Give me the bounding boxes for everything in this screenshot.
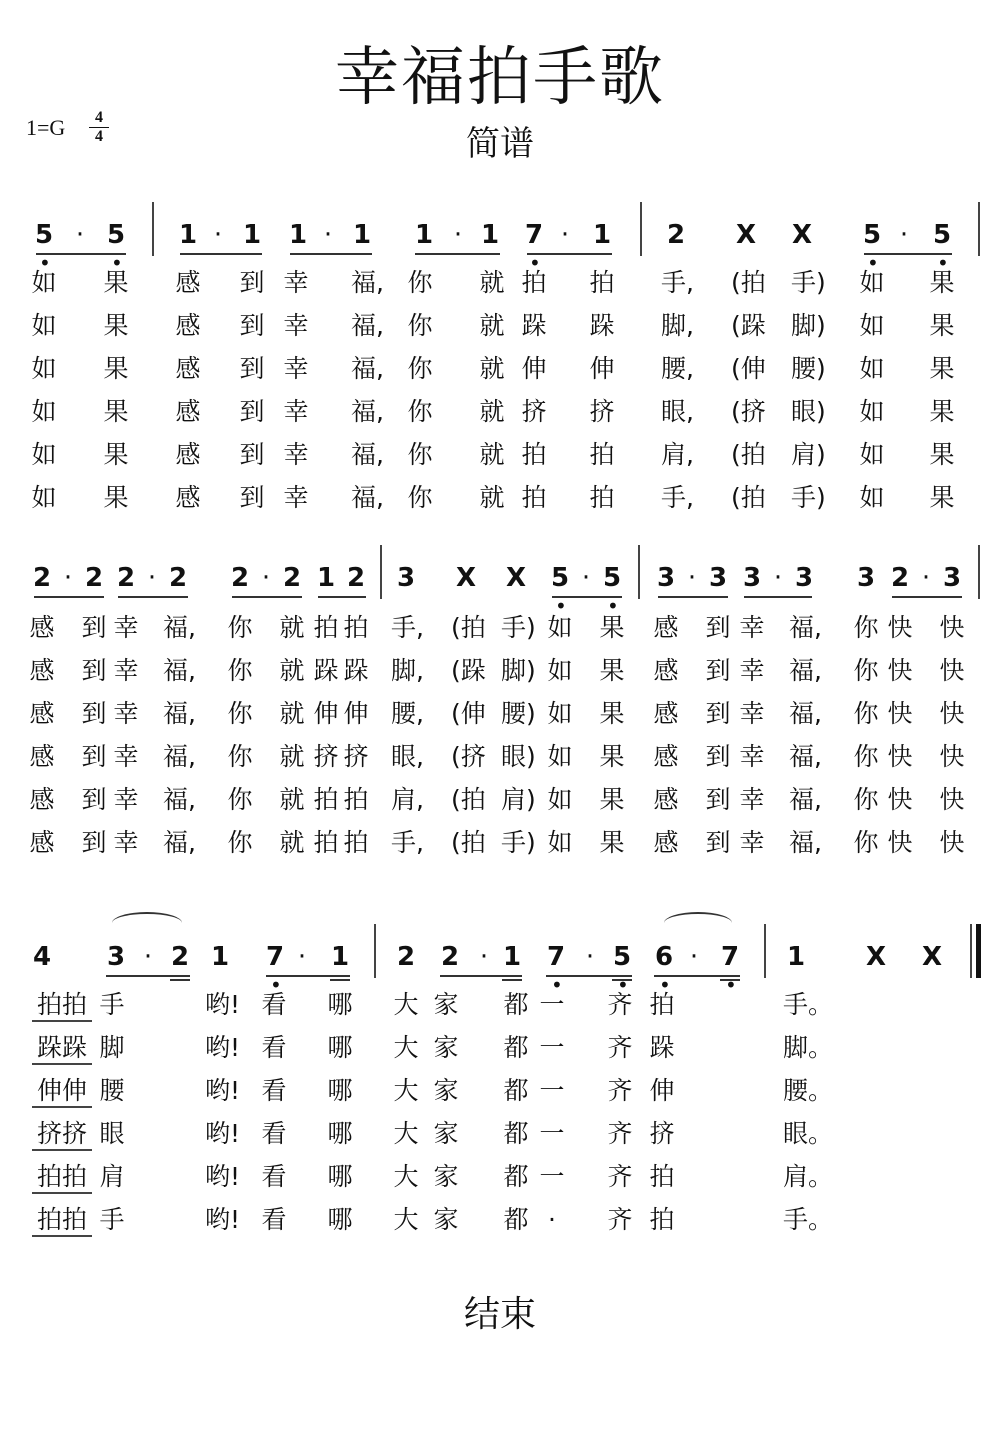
beam-underline (658, 596, 728, 598)
lyric-syllable: 大 (391, 1205, 421, 1235)
note: 1 (209, 942, 231, 972)
time-signature-top: 4 (89, 110, 109, 126)
lyric-syllable: 果 (597, 828, 627, 858)
lyric-syllable: 感 (27, 742, 57, 772)
lyric-syllable: 果 (927, 440, 957, 470)
lyric-syllable: 拍 (587, 268, 617, 298)
lyric-syllable: 幸 (737, 699, 767, 729)
lyric-syllable: 福, (163, 656, 193, 686)
lyric-syllable: 快 (885, 828, 915, 858)
lyric-syllable: 如 (29, 311, 59, 341)
lyric-syllable: 跺 (341, 656, 371, 686)
lyric-syllable: 幸 (281, 483, 311, 513)
beam-double-underline (170, 979, 190, 981)
lyric-syllable: 福, (163, 828, 193, 858)
lyric-syllable: 拍 (647, 990, 677, 1020)
lyric-syllable: 快 (937, 699, 967, 729)
barline (978, 202, 980, 256)
lyric-syllable: 感 (651, 785, 681, 815)
lyric-syllable: 幸 (737, 828, 767, 858)
lyric-syllable: 跺 (587, 311, 617, 341)
note: 3 (793, 563, 815, 593)
lyric-syllable: 大 (391, 1076, 421, 1106)
note: 3 (941, 563, 963, 593)
lyric-syllable: 快 (937, 828, 967, 858)
lyric-syllable: 手) (791, 483, 821, 513)
note: 1 (785, 942, 807, 972)
lyric-syllable: 快 (937, 785, 967, 815)
lyric-syllable: 到 (79, 656, 109, 686)
lyric-syllable: 快 (885, 785, 915, 815)
lyric-syllable: (挤 (731, 397, 761, 427)
low-octave-dot-icon: • (937, 258, 947, 268)
lyric-syllable: 你 (405, 268, 435, 298)
lyric-syllable: 拍 (311, 828, 341, 858)
lyric-syllable: 感 (651, 742, 681, 772)
lyric-syllable: 拍 (341, 613, 371, 643)
lyric-syllable: 到 (237, 440, 267, 470)
note: 3 (707, 563, 729, 593)
lyric-syllable: 幸 (111, 656, 141, 686)
lyric-syllable: (拍 (451, 613, 481, 643)
beam-underline (415, 253, 500, 255)
lyric-syllable: 到 (79, 785, 109, 815)
lyric-syllable: 福, (163, 699, 193, 729)
lyric-syllable: 果 (597, 613, 627, 643)
note: X (455, 563, 477, 593)
lyric-syllable: 如 (545, 785, 575, 815)
lyric-syllable: 你 (225, 656, 255, 686)
note: 2 (31, 563, 53, 593)
augmentation-dot: · (767, 563, 789, 593)
lyric-syllable: 幸 (111, 785, 141, 815)
lyric-syllable: 手。 (783, 1205, 813, 1235)
subtitle: 简谱 (0, 122, 1000, 166)
barline (152, 202, 154, 256)
lyric-syllable: 拍 (587, 440, 617, 470)
lyric-syllable: 你 (405, 440, 435, 470)
note: 2 (439, 942, 461, 972)
note: 5 (611, 942, 633, 972)
beam-underline (266, 975, 350, 977)
lyric-syllable: 眼 (97, 1119, 127, 1149)
lyric-syllable: 挤挤 (32, 1119, 92, 1151)
lyric-syllable: 就 (277, 613, 307, 643)
lyric-syllable: 果 (927, 397, 957, 427)
lyric-syllable: (拍 (451, 785, 481, 815)
lyric-syllable: 家 (431, 1076, 461, 1106)
lyric-syllable: 果 (597, 785, 627, 815)
lyric-syllable: 脚 (97, 1033, 127, 1063)
lyric-syllable: · (537, 1205, 567, 1235)
lyric-syllable: 福, (789, 699, 819, 729)
lyric-syllable: 手。 (783, 990, 813, 1020)
lyric-syllable: 如 (857, 483, 887, 513)
note: 1 (479, 220, 501, 250)
lyric-syllable: 你 (851, 828, 881, 858)
lyric-syllable: 到 (237, 354, 267, 384)
lyric-syllable: 福, (163, 785, 193, 815)
lyric-syllable: 快 (885, 613, 915, 643)
lyric-syllable: 大 (391, 1033, 421, 1063)
lyric-syllable: 挤 (647, 1119, 677, 1149)
lyric-syllable: 就 (277, 742, 307, 772)
lyric-syllable: 肩, (661, 440, 691, 470)
lyric-syllable: 伸伸 (32, 1076, 92, 1108)
lyric-syllable: 就 (277, 785, 307, 815)
lyric-syllable: 感 (173, 268, 203, 298)
lyric-syllable: 到 (237, 397, 267, 427)
lyric-syllable: 腰) (501, 699, 531, 729)
lyric-syllable: 果 (597, 699, 627, 729)
lyric-syllable: 福, (351, 440, 381, 470)
lyric-syllable: 福, (789, 828, 819, 858)
lyric-syllable: 一 (537, 1119, 567, 1149)
lyric-syllable: 齐 (605, 1076, 635, 1106)
lyric-syllable: 幸 (111, 699, 141, 729)
lyric-syllable: 脚) (501, 656, 531, 686)
note: 2 (167, 563, 189, 593)
note: 1 (351, 220, 373, 250)
lyric-syllable: 快 (885, 699, 915, 729)
lyric-syllable: 肩) (791, 440, 821, 470)
beam-underline (892, 596, 962, 598)
lyric-syllable: 到 (79, 699, 109, 729)
lyric-syllable: 你 (851, 742, 881, 772)
low-octave-dot-icon: • (867, 258, 877, 268)
lyric-syllable: 手, (391, 828, 421, 858)
lyric-syllable: 幸 (281, 311, 311, 341)
lyric-syllable: 腰 (97, 1076, 127, 1106)
lyric-syllable: 到 (237, 483, 267, 513)
lyric-syllable: 果 (927, 483, 957, 513)
beam-underline (180, 253, 262, 255)
lyric-syllable: 如 (29, 483, 59, 513)
end-label: 结束 (0, 1290, 1000, 1340)
lyric-syllable: 你 (851, 699, 881, 729)
beam-underline (527, 253, 612, 255)
note: 3 (655, 563, 677, 593)
lyric-syllable: 你 (405, 311, 435, 341)
lyric-syllable: 果 (597, 656, 627, 686)
lyric-syllable: 肩 (97, 1162, 127, 1192)
beam-underline (546, 975, 632, 977)
lyric-syllable: 就 (477, 397, 507, 427)
lyric-syllable: 就 (277, 699, 307, 729)
lyric-syllable: 眼, (661, 397, 691, 427)
lyric-syllable: (跺 (451, 656, 481, 686)
lyric-syllable: 眼。 (783, 1119, 813, 1149)
lyric-syllable: 眼) (791, 397, 821, 427)
lyric-syllable: 你 (405, 397, 435, 427)
lyric-syllable: 腰, (391, 699, 421, 729)
lyric-syllable: 眼, (391, 742, 421, 772)
lyric-syllable: 感 (173, 483, 203, 513)
beam-double-underline (720, 979, 740, 981)
lyric-syllable: 哪 (325, 1162, 355, 1192)
augmentation-dot: · (207, 220, 229, 250)
key-signature: 1=G (26, 113, 65, 143)
slur-icon (112, 912, 182, 934)
lyric-syllable: 哟! (205, 990, 235, 1020)
lyric-syllable: (拍 (731, 440, 761, 470)
lyric-syllable: 幸 (737, 785, 767, 815)
lyric-syllable: 到 (703, 785, 733, 815)
beam-underline (552, 596, 622, 598)
lyric-syllable: 都 (501, 1205, 531, 1235)
lyric-syllable: 如 (857, 268, 887, 298)
lyric-syllable: 腰, (661, 354, 691, 384)
time-signature: 4 4 (89, 110, 109, 145)
lyric-syllable: 眼) (501, 742, 531, 772)
note: 1 (501, 942, 523, 972)
lyric-syllable: 跺 (311, 656, 341, 686)
lyric-syllable: 感 (651, 828, 681, 858)
beam-underline (106, 975, 190, 977)
lyric-syllable: 都 (501, 990, 531, 1020)
time-signature-bottom: 4 (89, 129, 109, 145)
lyric-syllable: 齐 (605, 1033, 635, 1063)
lyric-syllable: 一 (537, 1076, 567, 1106)
lyric-syllable: 哟! (205, 1205, 235, 1235)
lyric-syllable: 果 (101, 440, 131, 470)
note: 1 (413, 220, 435, 250)
lyric-syllable: 你 (225, 699, 255, 729)
lyric-syllable: 拍 (519, 440, 549, 470)
lyric-syllable: 就 (477, 311, 507, 341)
lyric-syllable: 幸 (737, 742, 767, 772)
lyric-syllable: 拍 (587, 483, 617, 513)
barline (374, 924, 376, 978)
lyric-syllable: 伸 (341, 699, 371, 729)
beam-double-underline (330, 979, 350, 981)
beam-underline (864, 253, 952, 255)
beam-underline (34, 596, 104, 598)
lyric-syllable: 看 (259, 990, 289, 1020)
lyric-syllable: 看 (259, 1033, 289, 1063)
low-octave-dot-icon: • (270, 980, 280, 990)
lyric-syllable: 大 (391, 990, 421, 1020)
lyric-syllable: 哪 (325, 1076, 355, 1106)
lyric-syllable: 感 (651, 613, 681, 643)
note: 1 (287, 220, 309, 250)
note: 2 (889, 563, 911, 593)
low-octave-dot-icon: • (111, 258, 121, 268)
lyric-syllable: 跺跺 (32, 1033, 92, 1065)
note: 2 (345, 563, 367, 593)
low-octave-dot-icon: • (529, 258, 539, 268)
lyric-syllable: 齐 (605, 1205, 635, 1235)
note: 5 (601, 563, 623, 593)
lyric-syllable: (挤 (451, 742, 481, 772)
slur-icon (664, 912, 732, 934)
lyric-syllable: 手 (97, 990, 127, 1020)
lyric-syllable: 你 (405, 483, 435, 513)
lyric-syllable: 就 (277, 828, 307, 858)
lyric-syllable: 快 (885, 742, 915, 772)
note: X (505, 563, 527, 593)
lyric-syllable: (拍 (731, 268, 761, 298)
augmentation-dot: · (473, 942, 495, 972)
barline (380, 545, 382, 599)
note: 5 (33, 220, 55, 250)
lyric-syllable: 齐 (605, 1162, 635, 1192)
lyric-syllable: 挤 (311, 742, 341, 772)
lyric-syllable: 伸 (647, 1076, 677, 1106)
lyric-syllable: 都 (501, 1033, 531, 1063)
lyric-syllable: 拍 (311, 785, 341, 815)
lyric-syllable: 如 (545, 656, 575, 686)
lyric-syllable: 感 (27, 785, 57, 815)
lyric-syllable: 挤 (587, 397, 617, 427)
lyric-syllable: 感 (27, 613, 57, 643)
low-octave-dot-icon: • (551, 980, 561, 990)
note: 3 (395, 563, 417, 593)
lyric-syllable: 果 (101, 268, 131, 298)
lyric-syllable: 都 (501, 1119, 531, 1149)
lyric-syllable: 家 (431, 1162, 461, 1192)
lyric-syllable: 看 (259, 1119, 289, 1149)
augmentation-dot: · (137, 942, 159, 972)
lyric-syllable: 拍 (519, 483, 549, 513)
note: 5 (549, 563, 571, 593)
note: 7 (545, 942, 567, 972)
beam-double-underline (502, 979, 522, 981)
note: 1 (329, 942, 351, 972)
final-barline-thin (970, 924, 972, 978)
note: 6 (653, 942, 675, 972)
note: 7 (719, 942, 741, 972)
lyric-syllable: (伸 (731, 354, 761, 384)
lyric-syllable: 到 (703, 656, 733, 686)
lyric-syllable: 脚) (791, 311, 821, 341)
augmentation-dot: · (69, 220, 91, 250)
note: X (735, 220, 757, 250)
lyric-syllable: 感 (173, 440, 203, 470)
augmentation-dot: · (57, 563, 79, 593)
lyric-syllable: 快 (885, 656, 915, 686)
lyric-syllable: 都 (501, 1162, 531, 1192)
lyric-syllable: 就 (477, 483, 507, 513)
lyric-syllable: 手, (661, 268, 691, 298)
barline (764, 924, 766, 978)
lyric-syllable: 大 (391, 1162, 421, 1192)
lyric-syllable: 就 (477, 268, 507, 298)
lyric-syllable: 感 (173, 397, 203, 427)
note: 4 (31, 942, 53, 972)
low-octave-dot-icon: • (607, 601, 617, 611)
lyric-syllable: 手) (791, 268, 821, 298)
low-octave-dot-icon: • (725, 980, 735, 990)
lyric-syllable: 到 (237, 268, 267, 298)
beam-underline (318, 596, 366, 598)
note: 3 (105, 942, 127, 972)
note: 5 (105, 220, 127, 250)
lyric-syllable: 你 (225, 613, 255, 643)
lyric-syllable: 如 (29, 268, 59, 298)
note: 5 (931, 220, 953, 250)
lyric-syllable: 感 (173, 311, 203, 341)
augmentation-dot: · (554, 220, 576, 250)
lyric-syllable: 如 (857, 440, 887, 470)
lyric-syllable: 你 (225, 828, 255, 858)
lyric-syllable: 果 (927, 311, 957, 341)
lyric-syllable: 福, (163, 742, 193, 772)
lyric-syllable: 到 (79, 828, 109, 858)
note: 3 (855, 563, 877, 593)
lyric-syllable: (拍 (731, 483, 761, 513)
lyric-syllable: 拍 (519, 268, 549, 298)
augmentation-dot: · (317, 220, 339, 250)
lyric-syllable: 哟! (205, 1033, 235, 1063)
lyric-syllable: 你 (225, 785, 255, 815)
lyric-syllable: (伸 (451, 699, 481, 729)
beam-underline (654, 975, 740, 977)
lyric-syllable: 幸 (737, 613, 767, 643)
lyric-syllable: 拍 (647, 1162, 677, 1192)
lyric-syllable: 手, (661, 483, 691, 513)
lyric-syllable: 脚, (661, 311, 691, 341)
beam-underline (36, 253, 126, 255)
note: 1 (241, 220, 263, 250)
lyric-syllable: 拍 (341, 785, 371, 815)
lyric-syllable: 如 (545, 699, 575, 729)
barline (638, 545, 640, 599)
beam-underline (290, 253, 372, 255)
lyric-syllable: 福, (351, 483, 381, 513)
lyric-syllable: 幸 (281, 268, 311, 298)
note: 2 (83, 563, 105, 593)
note: X (865, 942, 887, 972)
lyric-syllable: 如 (857, 397, 887, 427)
lyric-syllable: 拍 (341, 828, 371, 858)
lyric-syllable: 如 (545, 828, 575, 858)
lyric-syllable: 果 (101, 397, 131, 427)
lyric-syllable: 跺 (519, 311, 549, 341)
beam-underline (440, 975, 522, 977)
lyric-syllable: 肩。 (783, 1162, 813, 1192)
lyric-syllable: 哪 (325, 990, 355, 1020)
note: 2 (169, 942, 191, 972)
lyric-syllable: 福, (351, 311, 381, 341)
lyric-syllable: 家 (431, 990, 461, 1020)
lyric-syllable: 就 (277, 656, 307, 686)
lyric-syllable: 看 (259, 1205, 289, 1235)
lyric-syllable: 一 (537, 1162, 567, 1192)
lyric-syllable: (跺 (731, 311, 761, 341)
lyric-syllable: 拍拍 (32, 990, 92, 1022)
lyric-syllable: 就 (477, 354, 507, 384)
song-title: 幸福拍手歌 (0, 38, 1000, 118)
lyric-syllable: 到 (79, 742, 109, 772)
note: 7 (264, 942, 286, 972)
augmentation-dot: · (683, 942, 705, 972)
lyric-syllable: 感 (27, 699, 57, 729)
lyric-syllable: 哟! (205, 1119, 235, 1149)
lyric-syllable: 一 (537, 1033, 567, 1063)
lyric-syllable: 快 (937, 613, 967, 643)
lyric-syllable: 拍拍 (32, 1205, 92, 1237)
lyric-syllable: 如 (29, 354, 59, 384)
augmentation-dot: · (575, 563, 597, 593)
lyric-syllable: 如 (545, 613, 575, 643)
lyric-syllable: 果 (101, 354, 131, 384)
lyric-syllable: 齐 (605, 990, 635, 1020)
final-barline-thick (976, 924, 981, 978)
lyric-syllable: 拍 (311, 613, 341, 643)
note: 2 (665, 220, 687, 250)
lyric-syllable: 到 (703, 613, 733, 643)
